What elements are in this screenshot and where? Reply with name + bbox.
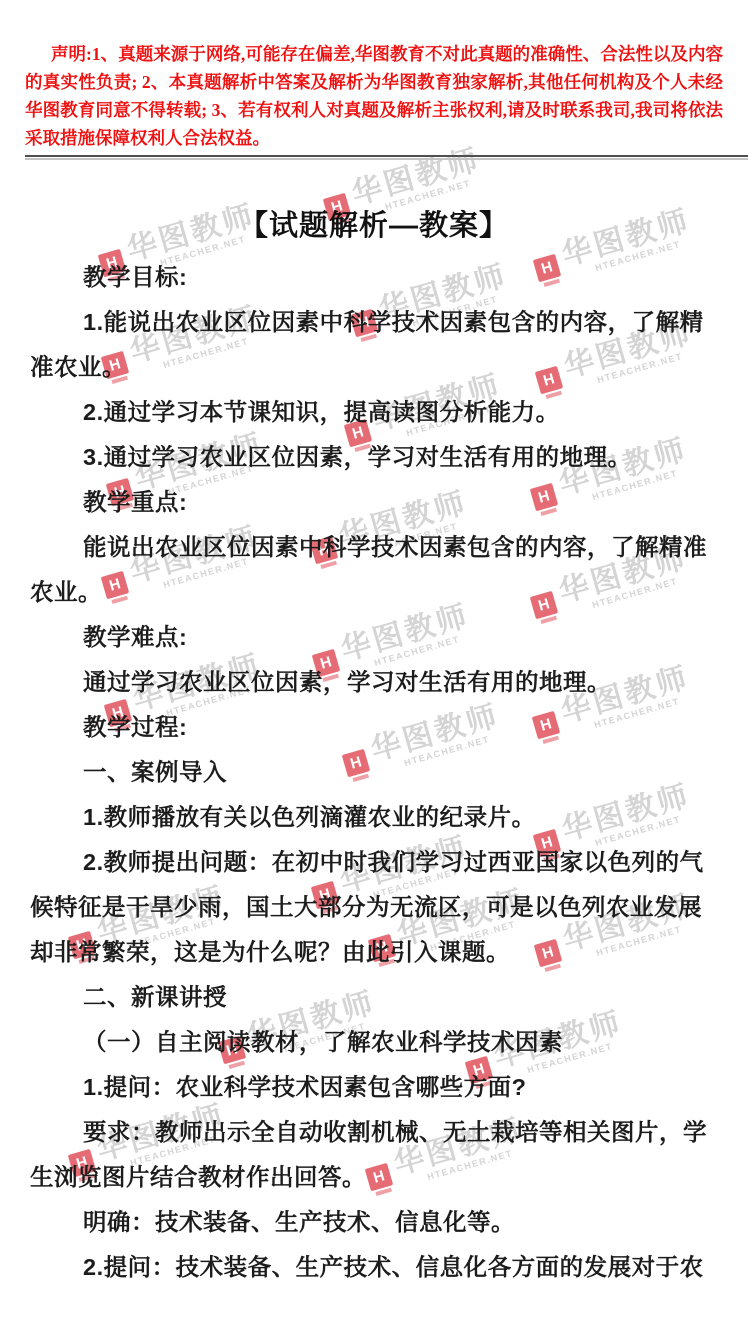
disclaimer: 声明:1、真题来源于网络,可能存在偏差,华图教育不对此真题的准确性、合法性以及内… — [25, 0, 723, 152]
body-line: 能说出农业区位因素中科学技术因素包含的内容，了解精准 — [30, 532, 730, 577]
body-line: 教学重点: — [30, 487, 730, 532]
disclaimer-label: 声明: — [51, 44, 92, 64]
page-title: 【试题解析—教案】 — [0, 207, 748, 245]
body-line: 1.教师播放有关以色列滴灌农业的纪录片。 — [30, 802, 730, 847]
body-line: 1.能说出农业区位因素中科学技术因素包含的内容，了解精 — [30, 307, 730, 352]
body-line: 3.通过学习农业区位因素，学习对生活有用的地理。 — [30, 442, 730, 487]
body-line: 候特征是干旱少雨，国土大部分为无流区，可是以色列农业发展 — [30, 892, 730, 937]
body-line: 2.教师提出问题：在初中时我们学习过西亚国家以色列的气 — [30, 847, 730, 892]
body-line: 通过学习农业区位因素，学习对生活有用的地理。 — [30, 667, 730, 712]
body-line: 教学目标: — [30, 262, 730, 307]
body-line: 明确：技术装备、生产技术、信息化等。 — [30, 1207, 730, 1252]
body-line: 二、新课讲授 — [30, 982, 730, 1027]
header-divider — [25, 155, 748, 157]
body-line: 教学难点: — [30, 622, 730, 667]
body-line: 教学过程: — [30, 712, 730, 757]
body-line: 要求：教师出示全自动收割机械、无土栽培等相关图片，学 — [30, 1117, 730, 1162]
body-line: 2.提问：技术装备、生产技术、信息化各方面的发展对于农 — [30, 1252, 730, 1297]
body-line: 却非常繁荣，这是为什么呢？由此引入课题。 — [30, 937, 730, 982]
document-body: 教学目标:1.能说出农业区位因素中科学技术因素包含的内容，了解精准农业。2.通过… — [30, 262, 730, 1297]
body-line: （一）自主阅读教材，了解农业科学技术因素 — [30, 1027, 730, 1072]
document-content: 声明:1、真题来源于网络,可能存在偏差,华图教育不对此真题的准确性、合法性以及内… — [0, 0, 748, 1297]
body-line: 一、案例导入 — [30, 757, 730, 802]
body-line: 农业。 — [30, 577, 730, 622]
disclaimer-text: 1、真题来源于网络,可能存在偏差,华图教育不对此真题的准确性、合法性以及内容的真… — [25, 44, 723, 148]
body-line: 2.通过学习本节课知识，提高读图分析能力。 — [30, 397, 730, 442]
body-line: 生浏览图片结合教材作出回答。 — [30, 1162, 730, 1207]
document-page: H华图教师HTEACHER.NETH华图教师HTEACHER.NETH华图教师H… — [0, 0, 748, 1335]
body-line: 准农业。 — [30, 352, 730, 397]
body-line: 1.提问：农业科学技术因素包含哪些方面? — [30, 1072, 730, 1117]
